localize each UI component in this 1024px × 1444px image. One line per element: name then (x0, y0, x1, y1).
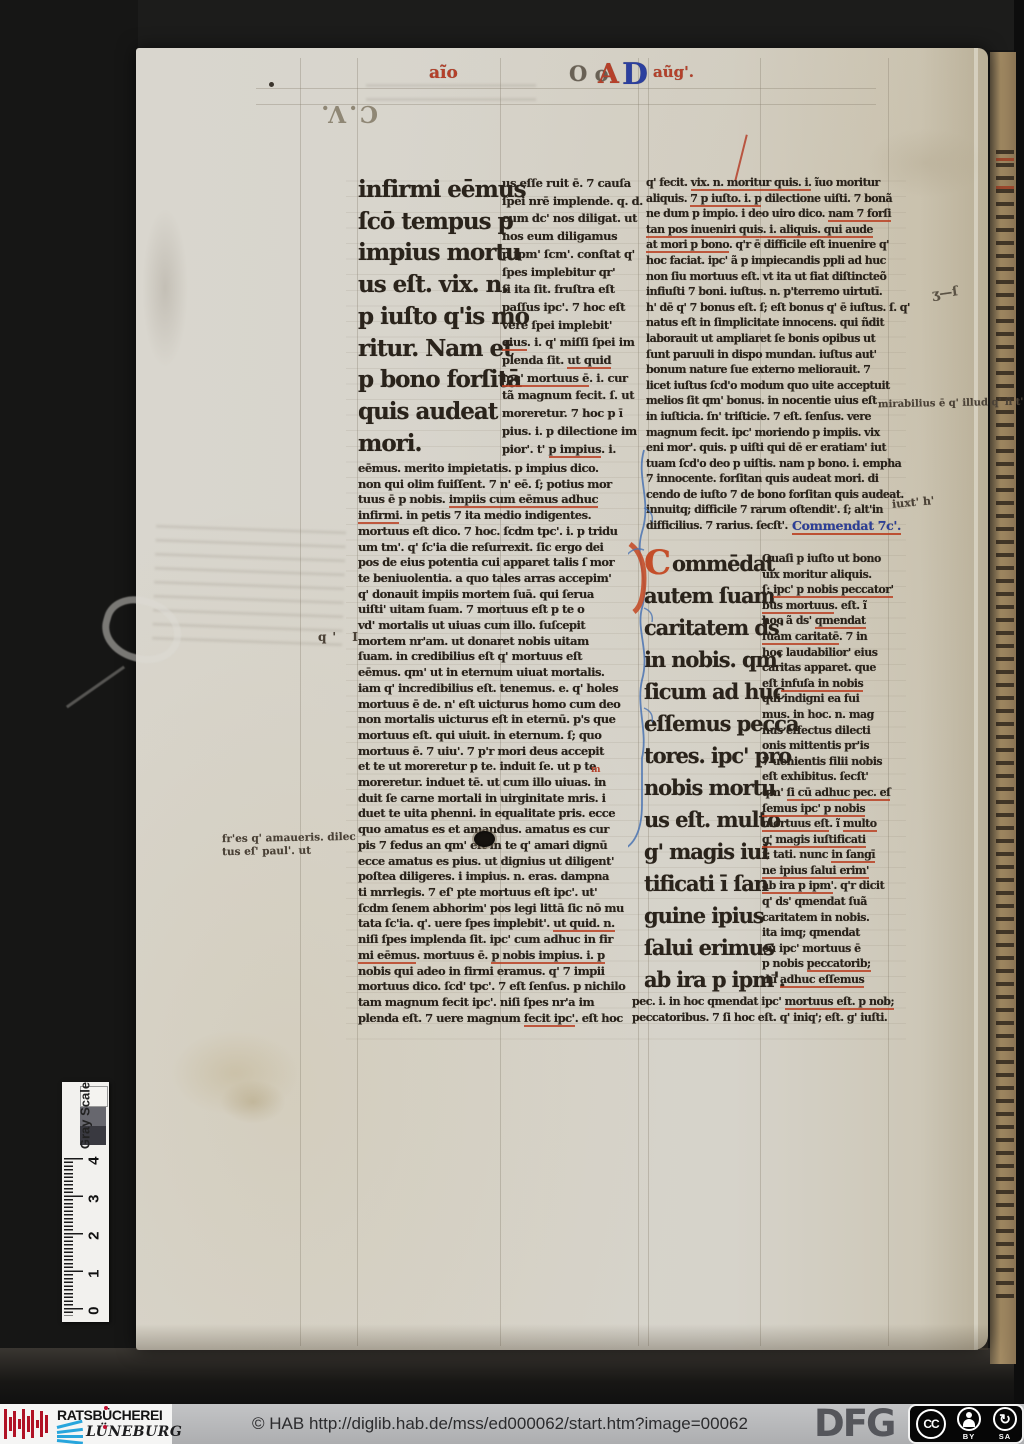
text-line: ritur. Nam et (358, 333, 510, 365)
digitized-manuscript-photo: C.V. aĩo O o A D aũg'. infirmi eēmusſcō … (0, 0, 1024, 1444)
text-line: uix moritur aliquis. (762, 567, 894, 583)
text-line: ſpes implebitur qr' (502, 264, 644, 282)
text-line: ſunt paruuli in dispo mundan. iuſtus aut… (646, 347, 892, 363)
text-line: tuam ſcd'o deo p uiſtis. nam p bono. i. … (646, 456, 892, 472)
gloss-block-left-lower: eēmus. merito impietatis. p impius dico.… (358, 461, 650, 1026)
manuscript-page: C.V. aĩo O o A D aũg'. infirmi eēmusſcō … (136, 48, 988, 1350)
margin-marks-left: q' I (318, 630, 364, 644)
text-line: ſi ita ſit. fruſtra eſt (502, 281, 644, 299)
text-line: quis audeat (358, 396, 510, 428)
text-line: tificati ī ſan (644, 868, 764, 900)
text-line: onis mittentis pr'is (762, 738, 894, 754)
text-line: tores. ipc' pro (644, 740, 764, 772)
text-line: 0 (75, 1301, 113, 1321)
text-line: iam q' incredibilius eſt. tenemus. e. q'… (358, 681, 650, 697)
photo-background-top (0, 0, 1024, 50)
cc-license-badge: CC BY ↻ SA (908, 1404, 1024, 1444)
text-line: ne dum p impio. i deo uiro dico. nam 7 f… (646, 206, 892, 222)
text-line: pis 7 fedus an qm' eſt in te q' amari di… (358, 838, 650, 854)
text-line: nobis qui adeo in firmi eramus. q' 7 imp… (358, 964, 650, 980)
text-line: pius. i. p dilectione im (502, 423, 644, 441)
text-line: mortuus dico. ſcd' tpc'. 7 eſt ſenſus. p… (358, 979, 650, 995)
rubric-commendat: Commendat 7c'. (792, 518, 901, 533)
text-line: duit ſe carne mortali in uirginitate mri… (358, 791, 650, 807)
text-line: mortuus eſt. ĩ multo (762, 816, 894, 832)
ruling-line (300, 58, 301, 1346)
text-line: q' ds' qmendat ſuã (762, 894, 894, 910)
text-line: ab ira p ipm'. q'r dicit (762, 878, 894, 894)
text-line: eſt infuſa in nobis (762, 676, 894, 692)
text-line: bus mortuus. eſt. ĩ (762, 598, 894, 614)
text-line: cum dc' nos diligat. ut (502, 210, 644, 228)
cc-sa-label: SA (992, 1432, 1018, 1441)
text-line: p ſpm' ſcm'. conſtat q' (502, 246, 644, 264)
text-line: nus effectus dilecti (762, 723, 894, 739)
text-line: ipc' mortuus ē. i. cur (502, 370, 644, 388)
facing-page-red-line (996, 186, 1014, 189)
running-title-initial-red: A (598, 59, 619, 90)
margin-note-right-2: iuxt' h' (892, 494, 935, 511)
text-line: p iuſto q'is mo (358, 301, 510, 333)
text-line: cendo de iuſto 7 de bono forſitan quis a… (646, 487, 892, 503)
text-line: non mortalis uicturus eſt in eternū. p's… (358, 712, 650, 728)
text-line: eius. i. q' miſſi ſpei im (502, 334, 644, 352)
text-line: ti mrrlegis. 7 eſ' pte mortuus eſt ipc'.… (358, 885, 650, 901)
text-line: natus eſt in ſimplicitate innocens. qui … (646, 315, 892, 331)
text-line: cū ipc' mortuus ē (762, 941, 894, 957)
margin-note-left: fr'es q' amaueris. dilectus eſ' paul'. u… (222, 831, 356, 858)
text-line: in iuſticia. ſn' triſticie. 7 eſt. ſenſu… (646, 409, 892, 425)
text-line: niſi ſpes implenda ſit. ipc' cum adhuc i… (358, 932, 650, 948)
text-line: ſpei nrē implende. q. d. (502, 193, 644, 211)
text-line: at mori p bono. q'r ē difficile eſt inue… (646, 237, 892, 253)
ink-showthrough (366, 84, 536, 102)
text-line: plenda ſit. ut quid (502, 352, 644, 370)
text-line: um tm'. q' ſc'ia die reſurrexit. ſic erg… (358, 540, 650, 556)
running-title-left: aĩo (429, 63, 458, 83)
parchment-stain (142, 208, 188, 368)
text-line: ab ira p ipm'. (644, 964, 764, 996)
cc-icon: CC (916, 1409, 946, 1439)
text-line: vere ſpei implebit' (502, 317, 644, 335)
text-line: 2 (75, 1226, 113, 1246)
text-line: in nobis. qm' (644, 644, 764, 676)
text-line: h' dē q' 7 bonus eſt. ſ; eſt bonus q' ē … (646, 300, 892, 316)
facing-page-red-line (996, 158, 1014, 161)
library-logo-bars-icon (4, 1407, 48, 1441)
foot-lines: pec. i. in hoc qmendat ipc' mortuus eſt.… (632, 994, 896, 1026)
parchment-stain (220, 1080, 286, 1124)
text-line: mortuus ē. 7 uiu'. 7 p'r mori deus accep… (358, 744, 650, 760)
cc-sa-arrow-icon: ↻ (993, 1407, 1017, 1431)
text-line: 7 uenientis filii nobis (762, 754, 894, 770)
text-line: non ſiu mortuus eſt. vt ita ut fiat diſt… (646, 269, 892, 285)
text-line: vd' mortalis ut uiuas cum illo. ſuſcepit (358, 618, 650, 634)
text-line: ſuam. in credibilius eſt q' mortuus eſt (358, 649, 650, 665)
text-line: ne ipius ſalui erim' (762, 863, 894, 879)
ink-dot (269, 82, 274, 87)
text-line: quo amatus es et amandus. amatus es cur (358, 822, 650, 838)
ruler-label: Gray Scale (78, 1081, 93, 1151)
text-line: us eſt. multo (644, 804, 764, 836)
text-line: innuitq; difficile 7 rarum oſtendit'. ſ;… (646, 502, 892, 518)
text-line: infirmi eēmus (358, 174, 510, 206)
library-name: RATSBÜCHEREI (57, 1407, 162, 1423)
gray-scale-ruler: Gray Scale 43210 (62, 1082, 109, 1322)
copyright-url-text: © HAB http://diglib.hab.de/mss/ed000062/… (240, 1404, 760, 1444)
text-line: caritatem in nobis. (762, 910, 894, 926)
text-line: tata ſc'ia. q'. uere ſpes implebit'. ut … (358, 916, 650, 932)
text-line: melios ſit qm' bonus. in nocentie uius e… (646, 393, 892, 409)
text-line: tam magnum fecit ipc'. niſi ſpes nr'a im (358, 995, 650, 1011)
gloss-block-right-upper: q' fecit. vix. n. moritur quis. i. ĩuo m… (646, 175, 892, 534)
text-line: pec. i. in hoc qmendat ipc' mortuus eſt.… (632, 994, 896, 1010)
text-line: ſ; tati. nunc in ſangī (762, 847, 894, 863)
text-line: caritas apparet. que (762, 660, 894, 676)
red-insertion-mark: m (591, 765, 601, 775)
text-line: guine ipius (644, 900, 764, 932)
text-line: duet te uita phenni. in equalitate pris.… (358, 806, 650, 822)
lemma-column-left: infirmi eēmusſcō tempus pimpius mortuus … (358, 174, 510, 459)
text-line: mortem nr'am. ut donaret nobis uitam (358, 634, 650, 650)
text-line: ecce amatus es pius. ut dignius ut dilig… (358, 854, 650, 870)
parchment-hole (474, 831, 495, 847)
text-line: hoc laudabilior' eius (762, 645, 894, 661)
text-line: ita imq; qmendat (762, 925, 894, 941)
ruler-numbers: 43210 (84, 1142, 104, 1330)
red-umlaut-dot (104, 1406, 108, 1410)
text-line: impius mortu (358, 237, 510, 269)
text-line: infirmi. in petis 7 ita medio indigentes… (358, 508, 650, 524)
text-line: qui indigni ea fui (762, 691, 894, 707)
text-line: poſtea diligeres. i impius. n. eras. dam… (358, 869, 650, 885)
text-line: te beniuolentia. a quo tales arras accep… (358, 571, 650, 587)
text-line: bonum nature ſue externo meliorauit. 7 (646, 362, 892, 378)
ruling-line (256, 88, 876, 89)
text-line: tan pos inueniri quis. i. aliquis. qui a… (646, 222, 892, 238)
text-line: p nobis peccatorib; (762, 956, 894, 972)
text-line: eni mor'. quis. p uiſti qui dē er eratia… (646, 440, 892, 456)
text-line: moreretur. induet tē. ut cum illo uiuas.… (358, 775, 650, 791)
text-line: us eſſe ruit ē. 7 cauſa (502, 175, 644, 193)
text-line: pior'. t' p impius. i. (502, 441, 644, 459)
text-line: eſt exhibitus. ſecſt' (762, 769, 894, 785)
text-line: tã magnum fecit. ſ. ut (502, 387, 644, 405)
text-line: Commēdat (644, 548, 764, 580)
text-line: ſ; ipc' p nobis peccator' (762, 582, 894, 598)
text-line: eſſemus pecca (644, 708, 764, 740)
text-line: 3 (75, 1188, 113, 1208)
text-line: hoc ã ds' qmendat (762, 613, 894, 629)
gloss-column-middle: us eſſe ruit ē. 7 cauſaſpei nrē implende… (502, 175, 644, 458)
text-line: et te ut moreretur p te. induit ſe. ut p… (358, 759, 650, 775)
photo-background-bottom (0, 1348, 1024, 1404)
cc-by-label: BY (956, 1432, 982, 1441)
text-line: uiſti' uitam ſuam. 7 mortuus eſt p te o (358, 602, 650, 618)
library-logo-block: RATSBÜCHEREI LÜNEBURG (0, 1404, 172, 1444)
cc-by-person-icon (957, 1407, 981, 1431)
facing-page-text-sliver (996, 150, 1014, 1300)
running-title-right: aũg'. (653, 63, 694, 81)
text-line: nobis mortu (644, 772, 764, 804)
text-line: ſicum ad huc (644, 676, 764, 708)
dfg-logo: DFG (814, 1402, 894, 1444)
text-line: moreretur. 7 hoc p ī (502, 405, 644, 423)
book-icon (57, 1424, 83, 1442)
text-line: plenda eſt. 7 uere magnum fecit ipc'. eſ… (358, 1011, 650, 1027)
text-line: non qui olim fuiſſent. 7 n' eē. ſ; potiu… (358, 477, 650, 493)
red-umlaut-dot-2 (103, 1425, 107, 1429)
text-line: paſſus ipc'. 7 hoc eſt (502, 299, 644, 317)
text-line: magnum fecit. ipc' moriendo p impiis. vi… (646, 425, 892, 441)
text-line: peccatoribus. 7 ſi hoc eſt. q' iniq'; eſ… (632, 1010, 896, 1026)
text-line: nos eum diligamus (502, 228, 644, 246)
text-line: mi eēmus. mortuus ē. p nobis impius. i. … (358, 948, 650, 964)
running-title-initial-blue: D (622, 57, 648, 92)
text-line: mortuus ē de. n' eſt uicturus homo cum d… (358, 697, 650, 713)
text-line: caritatem ds' (644, 612, 764, 644)
text-line: tuus ē p nobis. impiis cum eēmus adhuc (358, 492, 650, 508)
gloss-column-right: Quaſi p iuſto ut bonouix moritur aliquis… (762, 551, 894, 988)
text-line: ſuam caritatē. 7 in (762, 629, 894, 645)
text-line: ſalui erimus (644, 932, 764, 964)
rubric-text: Commendat 7c'. (792, 518, 901, 535)
margin-nota-squiggle: ʒ—ſ (931, 284, 959, 302)
text-line: g' magis iuſtificati (762, 832, 894, 848)
text-line: ſemus ipc' p nobis (762, 801, 894, 817)
text-line: laborauit ut ampliaret ſe bonis opibus u… (646, 331, 892, 347)
folio-mark: C.V. (294, 100, 378, 127)
parchment-stain (170, 1030, 300, 1116)
text-line: mus. in hoc. n. mag (762, 707, 894, 723)
text-line: mori. (358, 428, 510, 460)
text-line: autem ſuam (644, 580, 764, 612)
text-line: pos de eius potentia cui apparet talis ſ… (358, 555, 650, 571)
cc-sa-group: ↻ SA (992, 1407, 1018, 1441)
text-line: q' donauit impiis mortem ſuā. qui ſerua (358, 587, 650, 603)
text-line: qm' ſi cū adhuc pec. eſ (762, 785, 894, 801)
text-line: infiuſti 7 boni. iuſtus. n. p'terremo ui… (646, 284, 892, 300)
library-city: LÜNEBURG (86, 1424, 182, 1440)
text-line: ſcō tempus p (358, 206, 510, 238)
lemma-column-right: Commēdatautem ſuamcaritatem ds'in nobis.… (644, 548, 764, 996)
text-line: Quaſi p iuſto ut bono (762, 551, 894, 567)
text-line: 4 (75, 1151, 113, 1171)
text-line: hoc faciat. ipc' ã p impiecandis ppli ad… (646, 253, 892, 269)
text-line: 7 innocente. forſitan quis audeat mori. … (646, 471, 892, 487)
text-line: ſcdm ſenem abhorim' pos legi littā ſic n… (358, 901, 650, 917)
text-line: fr'es q' amaueris. dilec (222, 831, 356, 846)
text-line: licet iuſtus ſcd'o modum quo uite accept… (646, 378, 892, 394)
blue-pen-flourish (628, 448, 658, 868)
text-line: 1 (75, 1263, 113, 1283)
footer-bar: RATSBÜCHEREI LÜNEBURG © HAB http://digli… (0, 1404, 1024, 1444)
text-line: q' fecit. vix. n. moritur quis. i. ĩuo m… (646, 175, 892, 191)
text-line: dū adhuc eſſemus (762, 972, 894, 988)
text-line: aliquis. 7 p iuſto. i. p dilectione uiſt… (646, 191, 892, 207)
text-line: mortuus eſt. qui uiuit. in eternum. ſ; q… (358, 728, 650, 744)
text-line: us eſt. vix. n. (358, 269, 510, 301)
cc-by-group: BY (956, 1407, 982, 1441)
text-line: p bono forſitā (358, 364, 510, 396)
text-line: eēmus. qm' ut in eternum uiuat mortalis. (358, 665, 650, 681)
text-line: eēmus. merito impietatis. p impius dico. (358, 461, 650, 477)
text-line: g' magis iuſ (644, 836, 764, 868)
text-line: tus eſ' paul'. ut (222, 843, 356, 858)
text-line: mortuus eſt dico. 7 hoc. ſcdm tpc'. i. p… (358, 524, 650, 540)
